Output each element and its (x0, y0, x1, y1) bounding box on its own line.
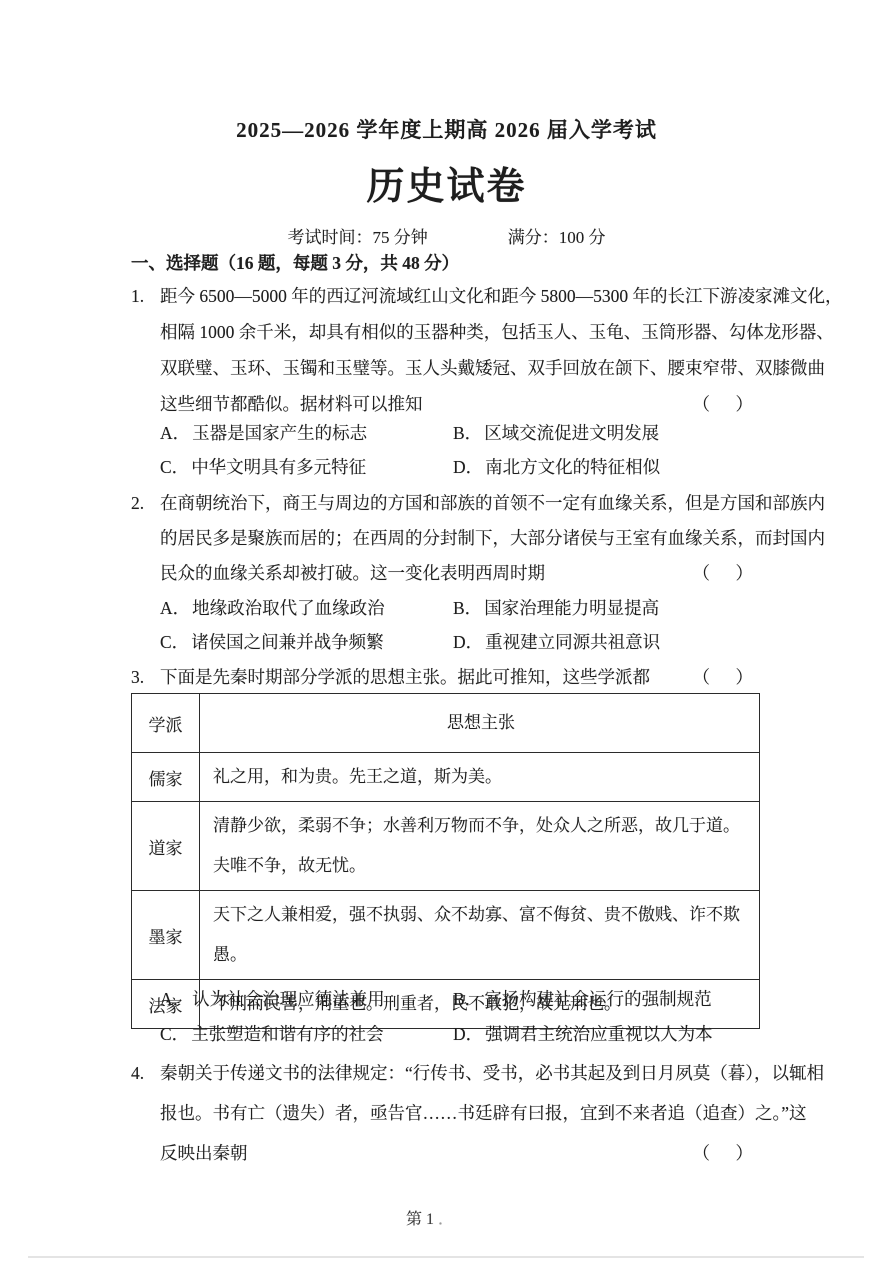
option-label: B． (453, 423, 482, 443)
option-label: C． (160, 1024, 189, 1044)
table-row: 儒家 礼之用，和为贵。先王之道，斯为美。 (132, 753, 760, 802)
question-1-option-c: C．中华文明具有多元特征 (160, 450, 453, 484)
question-1-option-a: A．玉器是国家产生的标志 (160, 416, 453, 450)
answer-blank: （ ） (693, 660, 764, 695)
question-1-options: A．玉器是国家产生的标志 B．区域交流促进文明发展 C．中华文明具有多元特征 D… (160, 416, 763, 484)
question-4-line-1: 秦朝关于传递文书的法律规定：“行传书、受书，必书其起及到日月夙莫（暮），以辄相 (160, 1053, 763, 1093)
question-3-option-c: C．主张塑造和谐有序的社会 (160, 1017, 453, 1052)
footer-faint-mark: ． (438, 1211, 454, 1228)
page-number: 第 1 (406, 1211, 434, 1228)
option-text: 玉器是国家产生的标志 (192, 423, 367, 443)
question-4-line-3-text: 反映出秦朝 (160, 1133, 248, 1173)
question-2-line-3: 民众的血缘关系却被打破。这一变化表明西周时期 （ ） (160, 556, 763, 591)
table-cell-school: 道家 (132, 802, 200, 891)
option-text: 地缘政治取代了血缘政治 (192, 598, 385, 618)
question-4-number: 4. (131, 1053, 144, 1093)
question-2-option-d: D．重视建立同源共祖意识 (453, 625, 763, 659)
table-header-school: 学派 (132, 694, 200, 753)
option-label: B． (453, 989, 482, 1009)
question-2-option-b: B．国家治理能力明显提高 (453, 591, 763, 625)
option-label: D． (453, 1024, 483, 1044)
question-2: 2. 在商朝统治下，商王与周边的方国和部族的首领不一定有血缘关系，但是方国和部族… (131, 486, 763, 591)
question-3: 3. 下面是先秦时期部分学派的思想主张。据此可推知，这些学派都 （ ） (131, 660, 763, 695)
question-3-line-1-text: 下面是先秦时期部分学派的思想主张。据此可推知，这些学派都 (160, 660, 650, 695)
option-text: 国家治理能力明显提高 (484, 598, 659, 618)
option-label: D． (453, 457, 483, 477)
exam-paper-page: 2025—2026 学年度上期高 2026 届入学考试 历史试卷 考试时间：75… (0, 0, 893, 1262)
question-1-option-b: B．区域交流促进文明发展 (453, 416, 763, 450)
question-2-options: A．地缘政治取代了血缘政治 B．国家治理能力明显提高 C．诸侯国之间兼并战争频繁… (160, 591, 763, 659)
question-3-number: 3. (131, 660, 144, 695)
question-1-option-d: D．南北方文化的特征相似 (453, 450, 763, 484)
exam-info-row: 考试时间：75 分钟 满分：100 分 (0, 226, 893, 250)
question-4-line-3: 反映出秦朝 （ ） (160, 1133, 763, 1173)
question-4: 4. 秦朝关于传递文书的法律规定：“行传书、受书，必书其起及到日月夙莫（暮），以… (131, 1053, 763, 1173)
question-1-number: 1. (131, 278, 144, 314)
table-cell-claim: 天下之人兼相爱，强不执弱、众不劫寡、富不侮贫、贵不傲贱、诈不欺愚。 (200, 891, 760, 980)
option-text: 南北方文化的特征相似 (485, 457, 660, 477)
question-3-option-b: B．宣扬构建社会运行的强制规范 (453, 982, 763, 1017)
paper-title: 历史试卷 (0, 160, 893, 214)
question-2-line-2: 的居民多是聚族而居的；在西周的分封制下，大部分诸侯与王室有血缘关系，而封国内 (160, 521, 763, 556)
table-row: 墨家 天下之人兼相爱，强不执弱、众不劫寡、富不侮贫、贵不傲贱、诈不欺愚。 (132, 891, 760, 980)
table-cell-claim: 清静少欲，柔弱不争；水善利万物而不争，处众人之所恶，故几于道。夫唯不争，故无忧。 (200, 802, 760, 891)
answer-blank: （ ） (693, 556, 764, 591)
option-text: 强调君主统治应重视以人为本 (485, 1024, 713, 1044)
exam-total-score: 满分：100 分 (508, 226, 606, 250)
option-label: A． (160, 989, 190, 1009)
option-label: A． (160, 598, 190, 618)
table-cell-school: 儒家 (132, 753, 200, 802)
question-3-options: A．认为社会治理应德法兼用 B．宣扬构建社会运行的强制规范 C．主张塑造和谐有序… (160, 982, 763, 1052)
scan-edge-artifact (28, 1256, 864, 1258)
table-cell-claim: 礼之用，和为贵。先王之道，斯为美。 (200, 753, 760, 802)
question-3-option-a: A．认为社会治理应德法兼用 (160, 982, 453, 1017)
question-1-line-2: 相隔 1000 余千米，却具有相似的玉器种类，包括玉人、玉龟、玉筒形器、勾体龙形… (160, 314, 763, 350)
question-1-line-1: 距今 6500—5000 年的西辽河流域红山文化和距今 5800—5300 年的… (160, 278, 763, 314)
question-1-line-3: 双联璧、玉环、玉镯和玉璧等。玉人头戴矮冠、双手回放在颌下、腰束窄带、双膝微曲 (160, 350, 763, 386)
answer-blank: （ ） (693, 1133, 764, 1173)
table-row: 道家 清静少欲，柔弱不争；水善利万物而不争，处众人之所恶，故几于道。夫唯不争，故… (132, 802, 760, 891)
option-label: C． (160, 457, 189, 477)
option-text: 重视建立同源共祖意识 (485, 632, 660, 652)
option-text: 宣扬构建社会运行的强制规范 (484, 989, 712, 1009)
question-2-line-3-text: 民众的血缘关系却被打破。这一变化表明西周时期 (160, 556, 545, 591)
table-cell-school: 墨家 (132, 891, 200, 980)
question-2-option-a: A．地缘政治取代了血缘政治 (160, 591, 453, 625)
table-header-claim: 思想主张 (200, 694, 760, 753)
question-3-line-1: 下面是先秦时期部分学派的思想主张。据此可推知，这些学派都 （ ） (160, 660, 763, 695)
page-footer: 第 1． (0, 1206, 860, 1229)
question-2-line-1: 在商朝统治下，商王与周边的方国和部族的首领不一定有血缘关系，但是方国和部族内 (160, 486, 763, 521)
option-text: 主张塑造和谐有序的社会 (191, 1024, 384, 1044)
option-label: A． (160, 423, 190, 443)
option-text: 认为社会治理应德法兼用 (192, 989, 385, 1009)
question-3-option-d: D．强调君主统治应重视以人为本 (453, 1017, 763, 1052)
question-2-option-c: C．诸侯国之间兼并战争频繁 (160, 625, 453, 659)
option-text: 区域交流促进文明发展 (484, 423, 659, 443)
table-header-row: 学派 思想主张 (132, 694, 760, 753)
exam-session-line: 2025—2026 学年度上期高 2026 届入学考试 (0, 116, 893, 144)
option-text: 诸侯国之间兼并战争频繁 (191, 632, 384, 652)
option-label: C． (160, 632, 189, 652)
exam-duration: 考试时间：75 分钟 (288, 226, 428, 250)
option-label: D． (453, 632, 483, 652)
question-2-number: 2. (131, 486, 144, 521)
section-one-heading: 一、选择题（16 题，每题 3 分，共 48 分） (131, 250, 763, 276)
question-1: 1. 距今 6500—5000 年的西辽河流域红山文化和距今 5800—5300… (131, 278, 763, 422)
option-text: 中华文明具有多元特征 (191, 457, 366, 477)
option-label: B． (453, 598, 482, 618)
question-4-line-2: 报也。书有亡（遗失）者，亟告官……书廷辟有曰报，宜到不来者追（追查）之。”这 (160, 1093, 763, 1133)
schools-thought-table: 学派 思想主张 儒家 礼之用，和为贵。先王之道，斯为美。 道家 清静少欲，柔弱不… (131, 693, 760, 1029)
